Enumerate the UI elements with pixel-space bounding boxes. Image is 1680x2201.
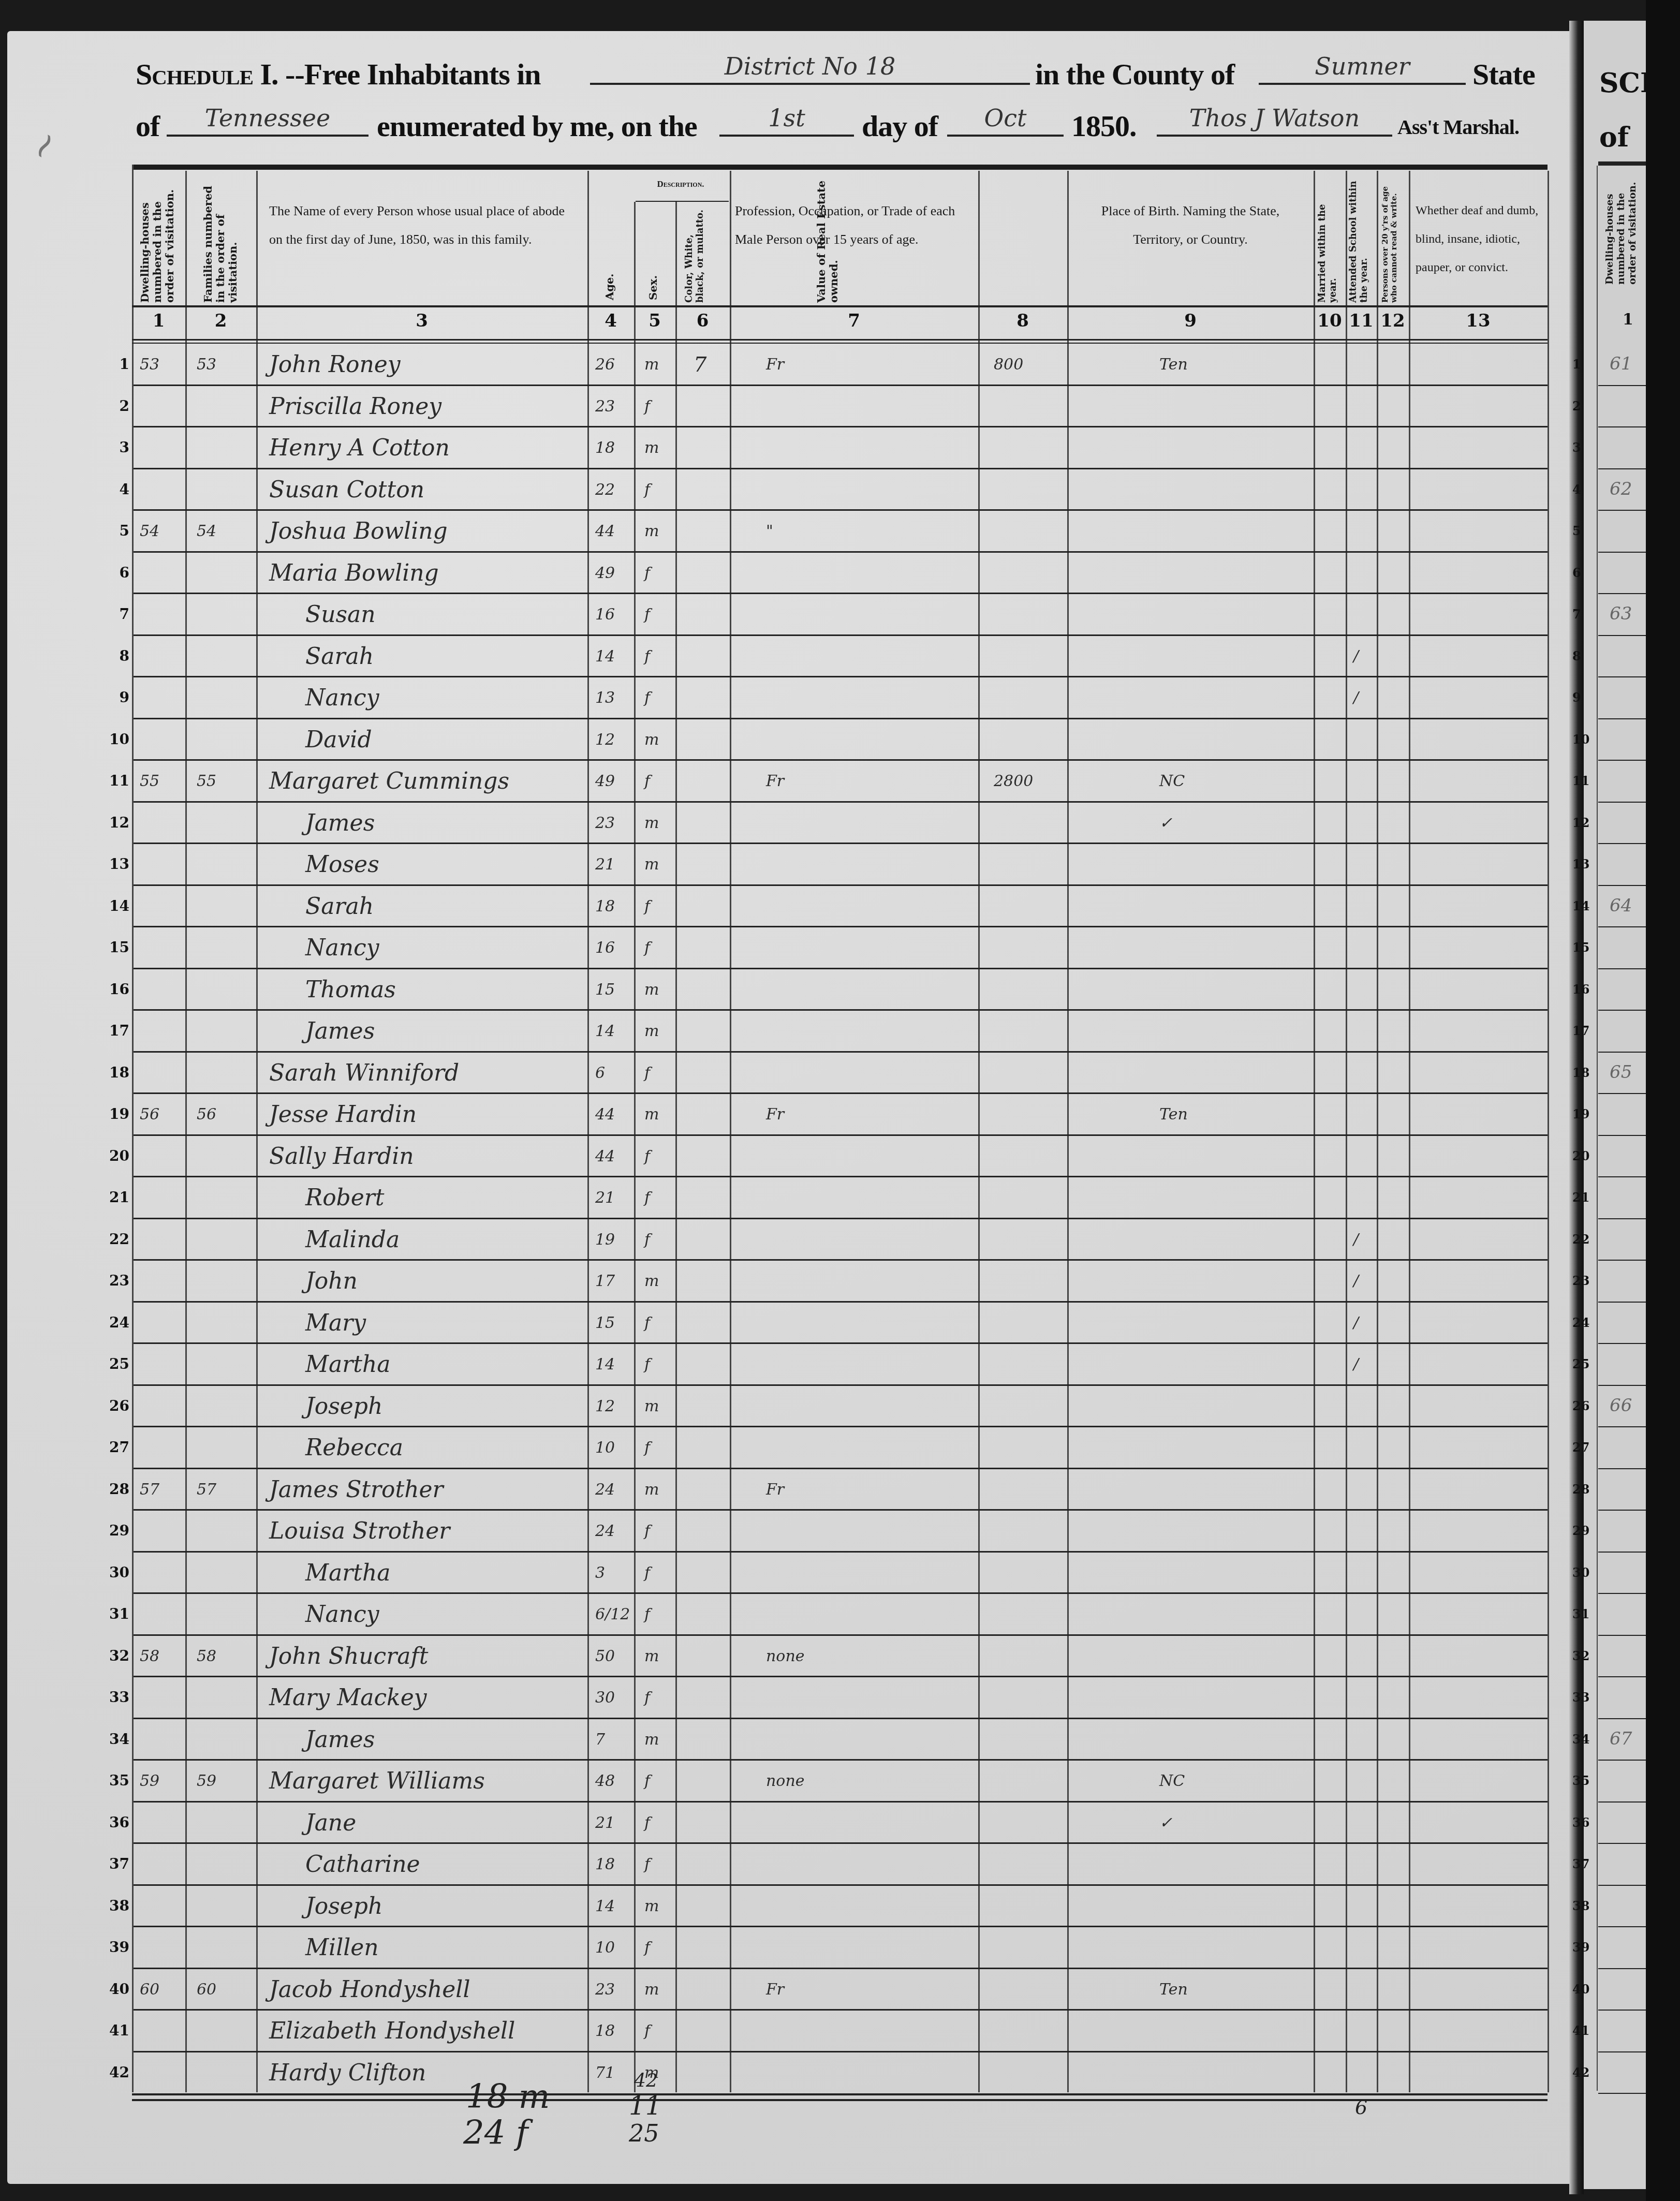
adjacent-row-rule xyxy=(1598,1676,1646,1677)
district-value: District No 18 xyxy=(725,52,895,80)
cell-name: Rebecca xyxy=(305,1427,403,1469)
adjacent-line-number: 6 xyxy=(1572,565,1585,580)
cell-name: Susan xyxy=(305,594,376,636)
adjacent-line-number: 1 xyxy=(1572,357,1585,372)
adjacent-heading-fragment: SCH xyxy=(1599,67,1646,99)
tally-bottom: 25 xyxy=(629,2119,659,2147)
county-field: Sumner xyxy=(1259,52,1466,85)
colnum-double-rule xyxy=(132,343,1548,344)
grid-vline xyxy=(1548,171,1549,2092)
line-number: 26 xyxy=(104,1397,129,1414)
state-value: Tennessee xyxy=(205,104,330,132)
marshal-name: Thos J Watson xyxy=(1189,104,1360,132)
cell-age: 24 xyxy=(595,1469,615,1511)
adjacent-line-number: 17 xyxy=(1572,1023,1585,1038)
line-number: 30 xyxy=(104,1564,129,1581)
cell-sex: f xyxy=(644,1761,650,1802)
cell-family: 53 xyxy=(197,344,216,386)
cell-age: 50 xyxy=(595,1636,615,1677)
cell-name: Jesse Hardin xyxy=(269,1094,417,1135)
line-number: 4 xyxy=(104,481,129,498)
cell-school: / xyxy=(1353,677,1359,719)
adjacent-row-rule xyxy=(1598,1093,1646,1094)
cell-school: / xyxy=(1353,1344,1359,1385)
grid-vline xyxy=(256,171,258,2092)
cell-age: 7 xyxy=(595,1719,605,1761)
cell-name: Catharine xyxy=(305,1844,420,1885)
adjacent-vline xyxy=(1597,166,1598,2091)
census-page xyxy=(7,31,1575,2184)
cell-name: Louisa Strother xyxy=(269,1511,450,1552)
line-number: 11 xyxy=(104,772,129,789)
cell-age: 6 xyxy=(595,1053,605,1094)
adjacent-line-number: 34 xyxy=(1572,1732,1585,1747)
adjacent-row-rule xyxy=(1598,1760,1646,1761)
adjacent-row-rule xyxy=(1598,385,1646,386)
grid-vline xyxy=(132,165,134,2092)
adjacent-row-rule xyxy=(1598,593,1646,594)
adjacent-col-header: Dwelling-houses numbered in the order of… xyxy=(1604,171,1641,285)
tally-total: 42 xyxy=(634,2070,658,2091)
cell-age: 16 xyxy=(595,927,615,969)
cell-age: 19 xyxy=(595,1219,615,1261)
month-field: Oct xyxy=(947,104,1064,137)
adjacent-line-number: 7 xyxy=(1572,607,1585,622)
cell-name: Sarah xyxy=(305,636,374,677)
line-number: 7 xyxy=(104,605,129,623)
adjacent-line-number: 29 xyxy=(1572,1523,1585,1538)
line-number: 32 xyxy=(104,1647,129,1664)
cell-school: / xyxy=(1353,1219,1359,1261)
line-number: 37 xyxy=(104,1855,129,1872)
adjacent-row-rule xyxy=(1598,1135,1646,1136)
cell-age: 12 xyxy=(595,719,615,761)
cell-name: Mary Mackey xyxy=(269,1677,427,1719)
cell-name: Martha xyxy=(305,1553,391,1594)
scan-edge-shadow xyxy=(1646,0,1680,2201)
adjacent-line-number: 31 xyxy=(1572,1606,1585,1621)
col-number-8: 8 xyxy=(978,311,1067,331)
adjacent-col-number: 1 xyxy=(1623,311,1633,329)
adjacent-row-rule xyxy=(1598,1843,1646,1844)
adjacent-line-number: 21 xyxy=(1572,1190,1585,1205)
cell-name: James xyxy=(305,1011,375,1052)
cell-name: Martha xyxy=(305,1344,391,1385)
adjacent-row-rule xyxy=(1598,635,1646,636)
row1-color-mark: 7 xyxy=(694,344,706,386)
line-number: 20 xyxy=(104,1147,129,1164)
cell-age: 18 xyxy=(595,886,615,927)
cell-dwelling: 58 xyxy=(140,1636,159,1677)
adjacent-line-number: 30 xyxy=(1572,1565,1585,1580)
adjacent-line-number: 18 xyxy=(1572,1065,1585,1080)
cell-occupation: Fr xyxy=(766,344,784,386)
adjacent-row-rule xyxy=(1598,468,1646,469)
adjacent-row-rule xyxy=(1598,1552,1646,1553)
cell-sex: f xyxy=(644,1219,650,1261)
cell-age: 3 xyxy=(595,1553,605,1594)
line-number: 1 xyxy=(104,356,129,373)
adjacent-line-number: 12 xyxy=(1572,815,1585,830)
grid-vline xyxy=(1346,171,1347,2092)
adjacent-line-number: 36 xyxy=(1572,1815,1585,1830)
line-number: 24 xyxy=(104,1314,129,1331)
col12-header: Persons over 20 y'rs of age who cannot r… xyxy=(1381,179,1407,303)
adjacent-line-number: 19 xyxy=(1572,1106,1585,1121)
adjacent-line-number: 8 xyxy=(1572,648,1585,663)
cell-name: Nancy xyxy=(305,1594,379,1635)
cell-sex: m xyxy=(644,511,659,552)
cell-age: 44 xyxy=(595,1094,615,1135)
cell-name: John Roney xyxy=(269,344,401,386)
cell-family: 54 xyxy=(197,511,216,552)
cell-sex: f xyxy=(644,1344,650,1385)
adjacent-row-rule xyxy=(1598,1302,1646,1303)
col3-header: The Name of every Person whose usual pla… xyxy=(269,197,580,254)
grid-vline xyxy=(1377,171,1378,2092)
cell-sex: f xyxy=(644,1927,650,1969)
col-number-4: 4 xyxy=(587,311,634,331)
cell-occupation: " xyxy=(766,511,773,552)
cell-school: / xyxy=(1353,1261,1359,1302)
cell-sex: f xyxy=(644,594,650,636)
cell-sex: f xyxy=(644,761,650,802)
cell-real-estate: 2800 xyxy=(994,761,1033,802)
cell-family: 58 xyxy=(197,1636,216,1677)
adjacent-line-number: 26 xyxy=(1572,1398,1585,1413)
line-number: 10 xyxy=(104,731,129,748)
cell-sex: f xyxy=(644,636,650,677)
adjacent-row-rule xyxy=(1598,1218,1646,1219)
cell-sex: f xyxy=(644,1803,650,1844)
grid-vline xyxy=(978,171,980,2092)
adjacent-line-number: 2 xyxy=(1572,398,1585,413)
adjacent-line-number: 23 xyxy=(1572,1273,1585,1288)
cell-name: Jane xyxy=(305,1803,356,1844)
adjacent-row-rule xyxy=(1598,2051,1646,2052)
adjacent-row-rule xyxy=(1598,885,1646,886)
cell-name: Hardy Clifton xyxy=(269,2052,426,2094)
cell-dwelling: 55 xyxy=(140,761,159,802)
marshal-label: Ass't Marshal. xyxy=(1397,115,1519,139)
adjacent-dwelling-number: 63 xyxy=(1610,603,1632,624)
cell-sex: f xyxy=(644,469,650,511)
col2-header: Families numbered in the order of visita… xyxy=(202,179,243,303)
cell-name: Robert xyxy=(305,1177,385,1219)
line-number: 6 xyxy=(104,564,129,581)
adjacent-line-number: 20 xyxy=(1572,1148,1585,1163)
cell-sex: f xyxy=(644,1427,650,1469)
cell-age: 49 xyxy=(595,761,615,802)
grid-vline xyxy=(1314,171,1315,2092)
cell-sex: f xyxy=(644,553,650,594)
cell-name: Priscilla Roney xyxy=(269,386,441,427)
cell-occupation: none xyxy=(766,1636,804,1677)
cell-birthplace: NC xyxy=(1159,1761,1185,1802)
adjacent-line-number: 16 xyxy=(1572,982,1585,997)
cell-sex: m xyxy=(644,1011,659,1052)
line-number: 23 xyxy=(104,1272,129,1289)
cell-sex: m xyxy=(644,844,659,885)
adjacent-row-rule xyxy=(1598,1635,1646,1636)
line-number: 19 xyxy=(104,1105,129,1122)
cell-name: Maria Bowling xyxy=(269,553,439,594)
grid-vline xyxy=(1067,171,1069,2092)
line-number: 3 xyxy=(104,439,129,456)
line-number: 41 xyxy=(104,2022,129,2039)
col4-header: Age. xyxy=(603,243,619,300)
cell-dwelling: 56 xyxy=(140,1094,159,1135)
line-number: 35 xyxy=(104,1772,129,1789)
cell-age: 15 xyxy=(595,969,615,1011)
cell-name: John xyxy=(305,1261,358,1302)
line-number: 42 xyxy=(104,2064,129,2081)
cell-occupation: Fr xyxy=(766,761,784,802)
adjacent-line-number: 24 xyxy=(1572,1315,1585,1330)
cell-age: 17 xyxy=(595,1261,615,1302)
adjacent-row-rule xyxy=(1598,926,1646,927)
cell-sex: f xyxy=(644,1844,650,1885)
tally-males: 18 m xyxy=(466,2078,550,2116)
cell-age: 26 xyxy=(595,344,615,386)
cell-age: 21 xyxy=(595,1803,615,1844)
of-label: of xyxy=(136,109,159,143)
cell-name: John Shucraft xyxy=(269,1636,428,1677)
adjacent-line-number: 32 xyxy=(1572,1648,1585,1663)
cell-sex: f xyxy=(644,886,650,927)
col13-header: Whether deaf and dumb, blind, insane, id… xyxy=(1416,197,1542,282)
line-number: 36 xyxy=(104,1814,129,1831)
cell-dwelling: 53 xyxy=(140,344,159,386)
cell-name: Malinda xyxy=(305,1219,400,1261)
cell-name: James xyxy=(305,1719,375,1761)
cell-age: 44 xyxy=(595,1136,615,1177)
adjacent-row-rule xyxy=(1598,1968,1646,1969)
cell-dwelling: 59 xyxy=(140,1761,159,1802)
state-label: State xyxy=(1472,57,1535,92)
cell-sex: f xyxy=(644,927,650,969)
cell-age: 14 xyxy=(595,1886,615,1927)
col1-header: Dwelling-houses numbered in the order of… xyxy=(139,179,180,303)
adjacent-dwelling-number: 66 xyxy=(1610,1395,1632,1416)
line-number: 22 xyxy=(104,1231,129,1248)
adjacent-line-number: 10 xyxy=(1572,732,1585,747)
schedule-label: Schedule I. xyxy=(136,57,278,91)
line-number: 14 xyxy=(104,897,129,914)
schedule-title-text: --Free Inhabitants in xyxy=(285,57,541,91)
col5-header: Sex. xyxy=(647,243,662,300)
adjacent-row-rule xyxy=(1598,802,1646,803)
cell-sex: f xyxy=(644,677,650,719)
adjacent-row-rule xyxy=(1598,1468,1646,1469)
col8-header: Value of Real Estate owned. xyxy=(815,179,851,303)
cell-age: 18 xyxy=(595,2011,615,2052)
adjacent-line-number: 25 xyxy=(1572,1356,1585,1371)
line-number: 15 xyxy=(104,939,129,956)
cell-name: Moses xyxy=(305,844,379,885)
adjacent-row-rule xyxy=(1598,510,1646,511)
cell-birthplace: Ten xyxy=(1159,1094,1188,1135)
cell-name: Margaret Cummings xyxy=(269,761,509,802)
month-value: Oct xyxy=(984,104,1027,132)
cell-dwelling: 60 xyxy=(140,1969,159,2011)
cell-sex: m xyxy=(644,803,659,844)
cell-name: Sarah Winniford xyxy=(269,1053,459,1094)
cell-age: 18 xyxy=(595,427,615,469)
col9-header: Place of Birth. Naming the State, Territ… xyxy=(1082,197,1299,254)
cell-name: Thomas xyxy=(305,969,396,1011)
description-group-header: Description. xyxy=(621,179,740,189)
adjacent-row-rule xyxy=(1598,1510,1646,1511)
col10-header: Married within the year. xyxy=(1317,179,1343,303)
adjacent-line-number: 39 xyxy=(1572,1940,1585,1955)
line-number: 34 xyxy=(104,1731,129,1748)
adjacent-row-rule xyxy=(1598,2093,1646,2094)
cell-age: 24 xyxy=(595,1511,615,1552)
adjacent-row-rule xyxy=(1598,1426,1646,1427)
cell-age: 30 xyxy=(595,1677,615,1719)
cell-name: Nancy xyxy=(305,677,379,719)
line-number: 2 xyxy=(104,397,129,415)
cell-age: 21 xyxy=(595,844,615,885)
line-number: 27 xyxy=(104,1439,129,1456)
col-number-3: 3 xyxy=(256,311,587,331)
adjacent-line-number: 28 xyxy=(1572,1482,1585,1497)
cell-sex: f xyxy=(644,386,650,427)
cell-birthplace: ✓ xyxy=(1159,1803,1172,1844)
table-bottom-rule xyxy=(132,2099,1548,2101)
line-number: 5 xyxy=(104,522,129,539)
cell-name: Joseph xyxy=(305,1386,382,1427)
col-number-7: 7 xyxy=(730,311,978,331)
adjacent-row-rule xyxy=(1598,552,1646,553)
col-number-1: 1 xyxy=(132,311,185,331)
adjacent-row-rule xyxy=(1598,718,1646,719)
cell-sex: f xyxy=(644,1053,650,1094)
adjacent-line-number: 11 xyxy=(1572,773,1585,788)
col-number-10: 10 xyxy=(1314,311,1346,331)
cell-age: 10 xyxy=(595,1427,615,1469)
cell-age: 23 xyxy=(595,1969,615,2011)
adjacent-dwelling-number: 65 xyxy=(1610,1062,1632,1083)
adjacent-of-fragment: of xyxy=(1599,122,1629,153)
cell-age: 6/12 xyxy=(595,1594,630,1635)
adjacent-line-number: 37 xyxy=(1572,1856,1585,1871)
line-number: 33 xyxy=(104,1689,129,1706)
cell-age: 71 xyxy=(595,2052,615,2094)
adjacent-row-rule xyxy=(1598,1926,1646,1927)
cell-sex: f xyxy=(644,2011,650,2052)
grid-vline xyxy=(675,202,677,2092)
tally-school: 6 xyxy=(1355,2096,1367,2119)
col-number-2: 2 xyxy=(185,311,256,331)
grid-vline xyxy=(634,202,636,2092)
cell-sex: m xyxy=(644,427,659,469)
adjacent-line-number: 27 xyxy=(1572,1440,1585,1455)
cell-sex: m xyxy=(644,1969,659,2011)
schedule-title: Schedule I. --Free Inhabitants in xyxy=(136,57,541,92)
cell-birthplace: Ten xyxy=(1159,1969,1188,2011)
cell-sex: f xyxy=(644,1594,650,1635)
county-label: in the County of xyxy=(1035,57,1234,92)
adjacent-top-rule xyxy=(1598,161,1646,166)
adjacent-dwelling-number: 62 xyxy=(1610,479,1632,499)
cell-family: 56 xyxy=(197,1094,216,1135)
col-number-12: 12 xyxy=(1377,311,1409,331)
cell-dwelling: 57 xyxy=(140,1469,159,1511)
cell-sex: m xyxy=(644,969,659,1011)
adjacent-row-rule xyxy=(1598,426,1646,427)
cell-age: 15 xyxy=(595,1303,615,1344)
adjacent-row-rule xyxy=(1598,1343,1646,1344)
cell-age: 21 xyxy=(595,1177,615,1219)
cell-occupation: Fr xyxy=(766,1094,784,1135)
line-number: 8 xyxy=(104,647,129,664)
adjacent-row-rule xyxy=(1598,1010,1646,1011)
tally-females: 24 f xyxy=(463,2114,528,2152)
tally-marks: 11 xyxy=(629,2091,662,2121)
adjacent-row-rule xyxy=(1598,1593,1646,1594)
cell-age: 23 xyxy=(595,386,615,427)
line-number: 29 xyxy=(104,1522,129,1539)
cell-occupation: none xyxy=(766,1761,804,1802)
cell-occupation: Fr xyxy=(766,1969,784,2011)
line-number: 39 xyxy=(104,1939,129,1956)
day-value: 1st xyxy=(768,104,805,132)
day-of-label: day of xyxy=(862,109,938,143)
cell-school: / xyxy=(1353,1303,1359,1344)
adjacent-line-number: 40 xyxy=(1572,1982,1585,1997)
cell-sex: f xyxy=(644,1303,650,1344)
line-number: 28 xyxy=(104,1481,129,1498)
adjacent-row-rule xyxy=(1598,2010,1646,2011)
line-number: 16 xyxy=(104,981,129,998)
cell-age: 10 xyxy=(595,1927,615,1969)
adjacent-dwelling-number: 64 xyxy=(1610,895,1632,916)
line-number: 18 xyxy=(104,1064,129,1081)
adjacent-line-number: 13 xyxy=(1572,856,1585,871)
col6-header: Color, White, black, or mulatto. xyxy=(684,204,720,303)
line-number: 9 xyxy=(104,689,129,706)
cell-family: 55 xyxy=(197,761,216,802)
grid-vline xyxy=(587,171,589,2092)
cell-occupation: Fr xyxy=(766,1469,784,1511)
cell-family: 59 xyxy=(197,1761,216,1802)
adjacent-line-number: 38 xyxy=(1572,1898,1585,1913)
cell-name: David xyxy=(305,719,372,761)
adjacent-line-number: 3 xyxy=(1572,440,1585,455)
adjacent-row-rule xyxy=(1598,968,1646,969)
adjacent-line-number: 4 xyxy=(1572,482,1585,497)
cell-real-estate: 800 xyxy=(994,344,1023,386)
adjacent-row-rule xyxy=(1598,843,1646,844)
line-number: 38 xyxy=(104,1897,129,1914)
adjacent-dwelling-number: 61 xyxy=(1610,353,1632,374)
adjacent-line-number: 35 xyxy=(1572,1773,1585,1788)
cell-age: 18 xyxy=(595,1844,615,1885)
header-bottom-rule xyxy=(132,305,1548,307)
line-number: 21 xyxy=(104,1189,129,1206)
adjacent-line-number: 42 xyxy=(1572,2065,1585,2080)
enumerated-label: enumerated by me, on the xyxy=(377,109,697,143)
cell-sex: m xyxy=(644,719,659,761)
cell-age: 44 xyxy=(595,511,615,552)
cell-age: 16 xyxy=(595,594,615,636)
adjacent-line-number: 9 xyxy=(1572,690,1585,705)
table-bottom-rule xyxy=(132,2093,1548,2095)
cell-name: James xyxy=(305,803,375,844)
cell-sex: f xyxy=(644,1177,650,1219)
